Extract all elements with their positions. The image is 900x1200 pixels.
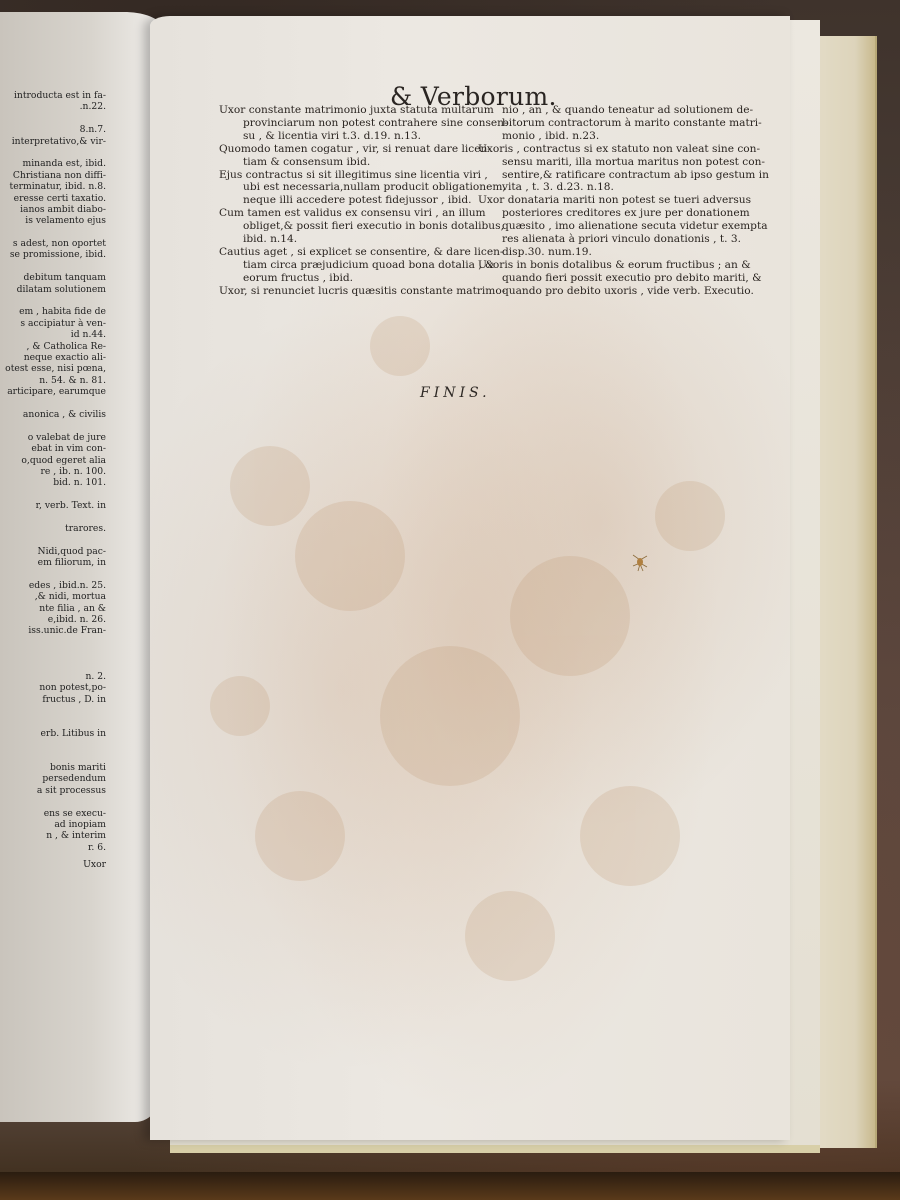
index-entry: nio , an , & quando teneatur ad solution… [478,104,740,143]
left-page-line: .n.22. [0,101,106,112]
left-page-line [0,227,106,238]
left-page-line: s accipiatur à ven- [0,318,106,329]
left-page-line: ,& nidi, mortua [0,591,106,602]
left-page-line: minanda est, ibid. [0,158,106,169]
left-page-line: is velamento ejus [0,215,106,226]
left-page-line: introducta est in fa- [0,90,106,101]
index-entry-line: tiam & consensum ibid. [219,156,489,169]
index-entry-line: Uxoris , contractus si ex statuto non va… [478,143,740,156]
index-entry-line: bitorum contractorum à marito constante … [478,117,740,130]
left-page-line [0,568,106,579]
left-page-line: neque exactio ali- [0,352,106,363]
index-entry-line: monio , ibid. n.23. [478,130,740,143]
index-entry-line: tiam circa præjudicium quoad bona dotali… [219,259,489,272]
left-page-line [0,420,106,431]
index-entry-line: sentire,& ratificare contractum ab ipso … [478,169,740,182]
left-page-line: r, verb. Text. in [0,500,106,511]
index-entry: Uxor, si renunciet lucris quæsitis const… [219,285,489,298]
left-page-line: ens se execu- [0,808,106,819]
left-page-line: edes , ibid.n. 25. [0,580,106,591]
index-entry-line: provinciarum non potest contrahere sine … [219,117,489,130]
left-page-line: debitum tanquam [0,272,106,283]
index-entry: Uxor donataria mariti non potest se tuer… [478,194,740,259]
index-entry: Cum tamen est validus ex consensu viri ,… [219,207,489,246]
index-entry-line: Uxoris in bonis dotalibus & eorum fructi… [478,259,740,272]
left-page-line [0,295,106,306]
left-page-line: re , ib. n. 100. [0,466,106,477]
index-entry-line: neque illi accedere potest fidejussor , … [219,194,489,207]
finis-colophon: FINIS. [420,385,491,401]
left-page-line [0,261,106,272]
left-page-line [0,113,106,124]
left-page-line: , & Catholica Re- [0,341,106,352]
left-page-line: n. 2. [0,671,106,682]
table-edge [0,1172,900,1200]
left-page-line: bid. n. 101. [0,477,106,488]
index-entry-line: obliget,& possit fieri executio in bonis… [219,220,489,233]
index-entry: Quomodo tamen cogatur , vir, si renuat d… [219,143,489,169]
index-entry-line: ibid. n.14. [219,233,489,246]
index-entry-line: Uxor donataria mariti non potest se tuer… [478,194,740,207]
left-page-line: o valebat de jure [0,432,106,443]
index-entry-line: Quomodo tamen cogatur , vir, si renuat d… [219,143,489,156]
left-page-line: interpretativo,& vir- [0,136,106,147]
left-page-line: em , habita fide de [0,306,106,317]
left-page-line [0,716,106,727]
index-column-left: Uxor constante matrimonio juxta statuta … [219,104,489,298]
index-entry-line: quando fieri possit executio pro debito … [478,272,740,285]
left-page-line: bonis mariti [0,762,106,773]
index-entry-line: posteriores creditores ex jure per donat… [478,207,740,220]
left-page-line [0,705,106,716]
left-page-line [0,739,106,750]
left-page-line: ianos ambit diabo- [0,204,106,215]
left-page-line [0,511,106,522]
left-page-line: dilatam solutionem [0,284,106,295]
left-page-line [0,751,106,762]
left-page-line [0,660,106,671]
left-page-line: articipare, earumque [0,386,106,397]
index-entry-line: nio , an , & quando teneatur ad solution… [478,104,740,117]
left-page-line: fructus , D. in [0,694,106,705]
left-page-line: nte filia , an & [0,603,106,614]
index-entry-line: Cum tamen est validus ex consensu viri ,… [219,207,489,220]
left-page-line: trarores. [0,523,106,534]
left-page-line: anonica , & civilis [0,409,106,420]
index-entry-line: su , & licentia viri t.3. d.19. n.13. [219,130,489,143]
left-page-line: e,ibid. n. 26. [0,614,106,625]
left-page-line: iss.unic.de Fran- [0,625,106,636]
left-page-line [0,648,106,659]
index-entry-line: eorum fructus , ibid. [219,272,489,285]
left-page-line: otest esse, nisi pœna, [0,363,106,374]
index-entry-line: quæsito , imo alienatione secuta videtur… [478,220,740,233]
index-entry-line: res alienata à priori vinculo donationis… [478,233,740,246]
left-page-line [0,147,106,158]
index-column-right: nio , an , & quando teneatur ad solution… [478,104,740,298]
catchword: Uxor [0,859,106,870]
left-page-line: Nidi,quod pac- [0,546,106,557]
index-entry-line: Ejus contractus si sit illegitimus sine … [219,169,489,182]
left-page-line: erb. Litibus in [0,728,106,739]
left-page-text-column: introducta est in fa-.n.22. 8.n.7.interp… [0,90,106,871]
index-entry-line: quando pro debito uxoris , vide verb. Ex… [478,285,740,298]
left-page: introducta est in fa-.n.22. 8.n.7.interp… [0,12,165,1122]
left-page-line: persedendum [0,773,106,784]
left-page-line: r. 6. [0,842,106,853]
left-page-line: non potest,po- [0,682,106,693]
index-entry: Ejus contractus si sit illegitimus sine … [219,169,489,208]
left-page-line: ad inopiam [0,819,106,830]
index-entry: Cautius aget , si explicet se consentire… [219,246,489,285]
left-page-line: em filiorum, in [0,557,106,568]
left-page-line: terminatur, ibid. n.8. [0,181,106,192]
left-page-line: n , & interim [0,830,106,841]
index-entry-line: vita , t. 3. d.23. n.18. [478,181,740,194]
left-page-line: se promissione, ibid. [0,249,106,260]
left-page-line: a sit processus [0,785,106,796]
left-page-line [0,489,106,500]
left-page-line: s adest, non oportet [0,238,106,249]
left-page-line: o,quod egeret alia [0,455,106,466]
left-page-line: id n.44. [0,329,106,340]
insect-icon [632,552,648,572]
left-page-line [0,637,106,648]
left-page-line [0,398,106,409]
left-page-line: Christiana non diffi- [0,170,106,181]
index-entry-line: Uxor, si renunciet lucris quæsitis const… [219,285,489,298]
index-entry-line: sensu mariti, illa mortua maritus non po… [478,156,740,169]
left-page-line [0,796,106,807]
index-entry-line: Cautius aget , si explicet se consentire… [219,246,489,259]
left-page-line: eresse certi taxatio. [0,193,106,204]
left-page-line: 8.n.7. [0,124,106,135]
left-page-line: ebat in vim con- [0,443,106,454]
index-entry: Uxoris , contractus si ex statuto non va… [478,143,740,195]
index-entry-line: ubi est necessaria,nullam producit oblig… [219,181,489,194]
index-entry: Uxoris in bonis dotalibus & eorum fructi… [478,259,740,298]
left-page-line [0,534,106,545]
index-entry: Uxor constante matrimonio juxta statuta … [219,104,489,143]
index-entry-line: Uxor constante matrimonio juxta statuta … [219,104,489,117]
left-page-line: n. 54. & n. 81. [0,375,106,386]
index-entry-line: disp.30. num.19. [478,246,740,259]
